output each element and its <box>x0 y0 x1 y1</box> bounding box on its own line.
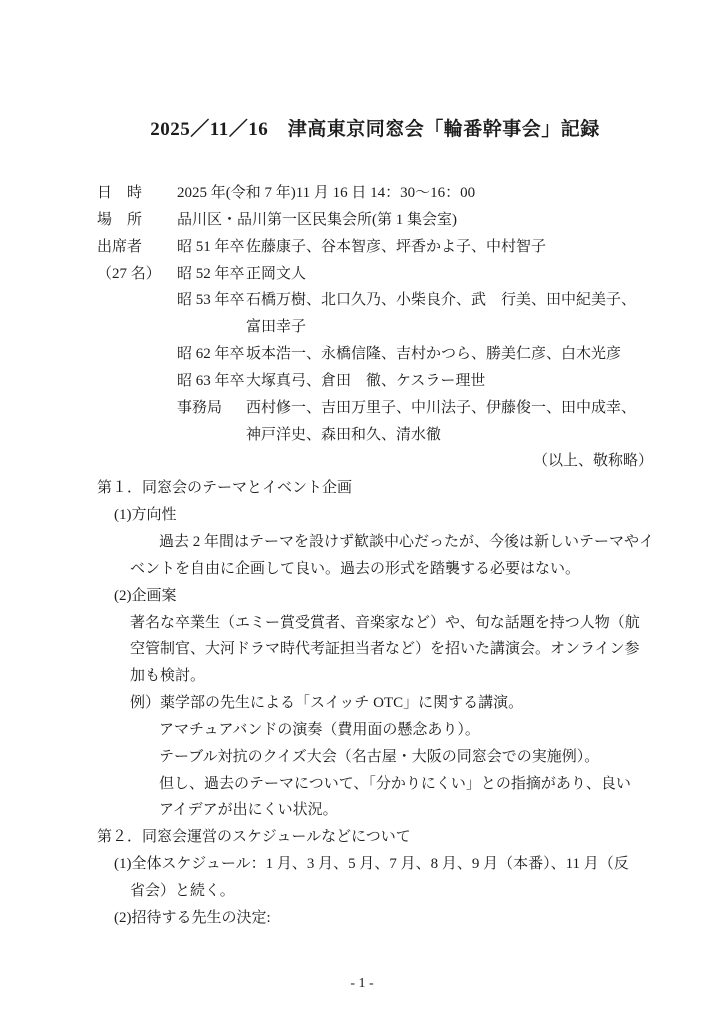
attendee-row: 富田幸子 <box>97 314 653 341</box>
meta-list: 日 時2025 年(令和 7 年)11 月 16 日 14：30～16：00場 … <box>97 180 653 234</box>
body-line: (2)招待する先生の決定: <box>97 905 653 932</box>
attendee-row: 昭 63 年卒大塚真弓、倉田 徹、ケスラー理世 <box>97 368 653 395</box>
meta-value: 品川区・品川第一区民集会所(第 1 集会室) <box>177 212 457 228</box>
attendee-row: 昭 62 年卒坂本浩一、永橋信隆、吉村かつら、勝美仁彦、白木光彦 <box>97 341 653 368</box>
document-content: 2025／11／16 津高東京同窓会「輪番幹事会」記録 日 時2025 年(令和… <box>97 116 653 932</box>
body-line: 但し、過去のテーマについて、「分かりにくい」との指摘があり、良い <box>97 771 653 798</box>
attendee-names: 神戸洋史、森田和久、清水徹 <box>246 422 653 449</box>
attendee-group: 昭 63 年卒 <box>177 368 246 395</box>
attendee-row: 出席者昭 51 年卒佐藤康子、谷本智彦、坪香かよ子、中村智子 <box>97 234 653 261</box>
attendee-group <box>177 422 246 449</box>
body-line: 加も検討。 <box>97 663 653 690</box>
attendee-group: 昭 52 年卒 <box>177 261 246 288</box>
attendee-row: （27 名）昭 52 年卒正岡文人 <box>97 261 653 288</box>
attendee-group: 昭 62 年卒 <box>177 341 246 368</box>
attendee-list: 出席者昭 51 年卒佐藤康子、谷本智彦、坪香かよ子、中村智子（27 名）昭 52… <box>97 234 653 449</box>
attendee-group <box>177 314 246 341</box>
body-line: アマチュアバンドの演奏（費用面の懸念あり）。 <box>97 717 653 744</box>
body-line: 第１．同窓会のテーマとイベント企画 <box>97 475 653 502</box>
attendee-group: 昭 53 年卒 <box>177 287 246 314</box>
attendee-row-label: 出席者 <box>97 234 177 261</box>
meta-row: 場 所品川区・品川第一区民集会所(第 1 集会室) <box>97 207 653 234</box>
document-page: 2025／11／16 津高東京同窓会「輪番幹事会」記録 日 時2025 年(令和… <box>0 0 724 1024</box>
attendees-closing-note: （以上、敬称略） <box>97 448 653 475</box>
attendee-row-label <box>97 422 177 449</box>
meta-label: 日 時 <box>97 180 177 207</box>
attendee-row: 昭 53 年卒石橋万樹、北口久乃、小柴良介、武 行美、田中紀美子、 <box>97 287 653 314</box>
attendee-row-label <box>97 368 177 395</box>
attendee-row-label <box>97 314 177 341</box>
attendee-names: 西村修一、吉田万里子、中川法子、伊藤俊一、田中成幸、 <box>246 395 653 422</box>
attendee-names: 正岡文人 <box>246 261 653 288</box>
attendee-row: 神戸洋史、森田和久、清水徹 <box>97 422 653 449</box>
attendee-group: 事務局 <box>177 395 246 422</box>
page-number: - 1 - <box>0 974 724 994</box>
attendee-row-label <box>97 395 177 422</box>
body-lines: 第１．同窓会のテーマとイベント企画(1)方向性過去 2 年間はテーマを設けず歓談… <box>97 475 653 931</box>
body-line: 第２．同窓会運営のスケジュールなどについて <box>97 824 653 851</box>
attendee-names: 坂本浩一、永橋信隆、吉村かつら、勝美仁彦、白木光彦 <box>246 341 653 368</box>
body-line: (1)全体スケジュール：1 月、3 月、5 月、7 月、8 月、9 月（本番）、… <box>97 851 653 878</box>
body-line: 空管制官、大河ドラマ時代考証担当者など）を招いた講演会。オンライン参 <box>97 636 653 663</box>
attendee-names: 石橋万樹、北口久乃、小柴良介、武 行美、田中紀美子、 <box>246 287 653 314</box>
document-title: 2025／11／16 津高東京同窓会「輪番幹事会」記録 <box>97 116 653 143</box>
attendee-names: 佐藤康子、谷本智彦、坪香かよ子、中村智子 <box>246 234 653 261</box>
attendee-names: 大塚真弓、倉田 徹、ケスラー理世 <box>246 368 653 395</box>
attendee-row-label <box>97 341 177 368</box>
meta-row: 日 時2025 年(令和 7 年)11 月 16 日 14：30～16：00 <box>97 180 653 207</box>
body-line: (1)方向性 <box>97 502 653 529</box>
attendee-row-label <box>97 287 177 314</box>
attendee-row-label: （27 名） <box>97 261 177 288</box>
body-line: 例）薬学部の先生による「スイッチ OTC」に関する講演。 <box>97 690 653 717</box>
body-line: アイデアが出にくい状況。 <box>97 797 653 824</box>
attendee-group: 昭 51 年卒 <box>177 234 246 261</box>
meta-value: 2025 年(令和 7 年)11 月 16 日 14：30～16：00 <box>177 185 475 201</box>
meta-label: 場 所 <box>97 207 177 234</box>
body-line: ベントを自由に企画して良い。過去の形式を踏襲する必要はない。 <box>97 556 653 583</box>
body-line: 著名な卒業生（エミー賞受賞者、音楽家など）や、旬な話題を持つ人物（航 <box>97 610 653 637</box>
attendee-row: 事務局西村修一、吉田万里子、中川法子、伊藤俊一、田中成幸、 <box>97 395 653 422</box>
body-line: テーブル対抗のクイズ大会（名古屋・大阪の同窓会での実施例）。 <box>97 744 653 771</box>
body-line: (2)企画案 <box>97 583 653 610</box>
attendee-names: 富田幸子 <box>246 314 653 341</box>
body-line: 過去 2 年間はテーマを設けず歓談中心だったが、今後は新しいテーマやイ <box>97 529 653 556</box>
body-line: 省会）と続く。 <box>97 878 653 905</box>
